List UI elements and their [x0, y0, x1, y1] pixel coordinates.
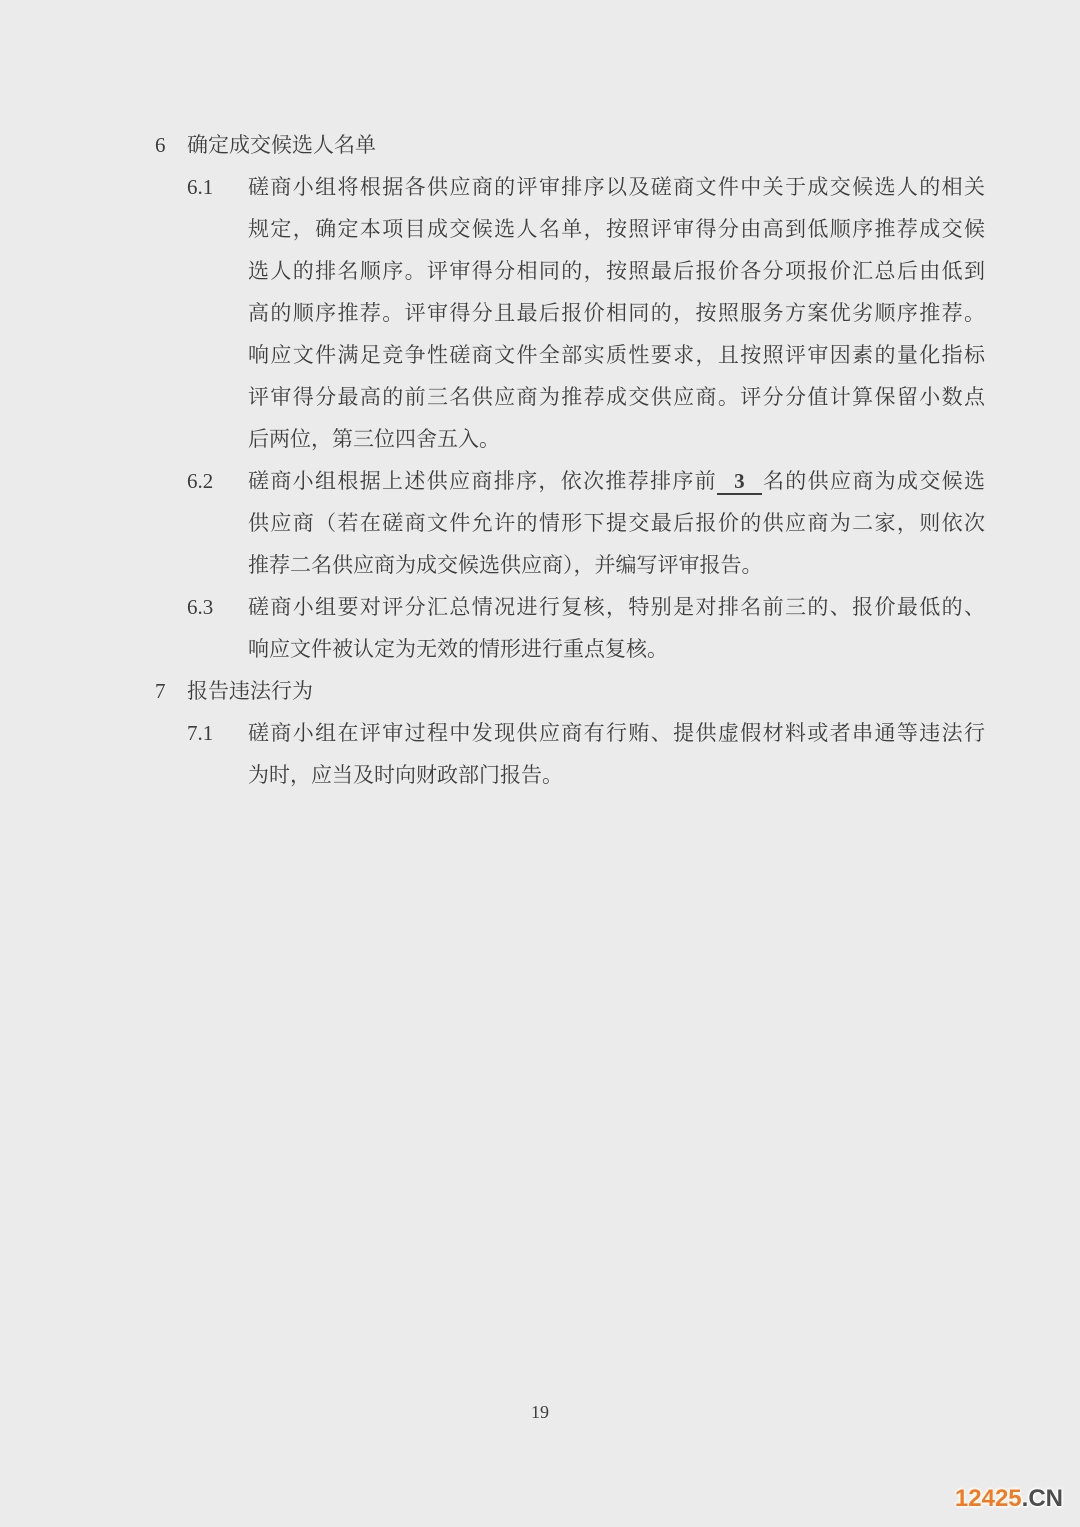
text-line: 高的顺序推荐。评审得分且最后报价相同的，按照服务方案优劣顺序推荐。	[248, 292, 985, 334]
clause-text: 磋商小组在评审过程中发现供应商有行贿、提供虚假材料或者串通等违法行 为时，应当及…	[248, 712, 985, 796]
page-number: 19	[0, 1402, 1080, 1423]
text-line: 选人的排名顺序。评审得分相同的，按照最后报价各分项报价汇总后由低到	[248, 250, 985, 292]
clause-6-1: 6.1 磋商小组将根据各供应商的评审排序以及磋商文件中关于成交候选人的相关 规定…	[187, 166, 1080, 460]
section-number: 7	[155, 670, 187, 712]
section-number: 6	[155, 124, 187, 166]
text-line: 响应文件被认定为无效的情形进行重点复核。	[248, 628, 985, 670]
watermark: 12425.CN	[955, 1485, 1063, 1513]
text-line: 供应商（若在磋商文件允许的情形下提交最后报价的供应商为二家，则依次	[248, 502, 985, 544]
clause-number: 6.3	[187, 586, 248, 628]
section-title: 报告违法行为	[187, 670, 313, 712]
text-line: 推荐二名供应商为成交候选供应商），并编写评审报告。	[248, 544, 985, 586]
watermark-domain-suffix: .CN	[1022, 1485, 1063, 1512]
blank-prefix-text: 磋商小组根据上述供应商排序，依次推荐排序前	[248, 469, 717, 493]
document-body: 6 确定成交候选人名单 6.1 磋商小组将根据各供应商的评审排序以及磋商文件中关…	[0, 124, 1080, 796]
text-line: 响应文件满足竞争性磋商文件全部实质性要求，且按照评审因素的量化指标	[248, 334, 985, 376]
clause-7-1: 7.1 磋商小组在评审过程中发现供应商有行贿、提供虚假材料或者串通等违法行 为时…	[187, 712, 1080, 796]
blank-filled-value: 3	[717, 469, 762, 495]
clause-text: 磋商小组要对评分汇总情况进行复核，特别是对排名前三的、报价最低的、 响应文件被认…	[248, 586, 985, 670]
clause-number: 6.1	[187, 166, 248, 208]
text-line: 评审得分最高的前三名供应商为推荐成交供应商。评分分值计算保留小数点	[248, 376, 985, 418]
document-page: 6 确定成交候选人名单 6.1 磋商小组将根据各供应商的评审排序以及磋商文件中关…	[0, 0, 1080, 1527]
text-line: 规定，确定本项目成交候选人名单，按照评审得分由高到低顺序推荐成交候	[248, 208, 985, 250]
text-line: 后两位，第三位四舍五入。	[248, 418, 985, 460]
blank-suffix-text: 名的供应商为成交候选	[762, 469, 985, 493]
clause-number: 6.2	[187, 460, 248, 502]
clause-6-3: 6.3 磋商小组要对评分汇总情况进行复核，特别是对排名前三的、报价最低的、 响应…	[187, 586, 1080, 670]
clause-text: 磋商小组根据上述供应商排序，依次推荐排序前3名的供应商为成交候选 供应商（若在磋…	[248, 460, 985, 586]
section-7-heading: 7 报告违法行为	[155, 670, 1080, 712]
text-line: 磋商小组在评审过程中发现供应商有行贿、提供虚假材料或者串通等违法行	[248, 712, 985, 754]
text-line: 为时，应当及时向财政部门报告。	[248, 754, 985, 796]
section-title: 确定成交候选人名单	[187, 124, 376, 166]
section-6-heading: 6 确定成交候选人名单	[155, 124, 1080, 166]
text-line-with-blank: 磋商小组根据上述供应商排序，依次推荐排序前3名的供应商为成交候选	[248, 460, 985, 502]
clause-text: 磋商小组将根据各供应商的评审排序以及磋商文件中关于成交候选人的相关 规定，确定本…	[248, 166, 985, 460]
clause-6-2: 6.2 磋商小组根据上述供应商排序，依次推荐排序前3名的供应商为成交候选 供应商…	[187, 460, 1080, 586]
text-line: 磋商小组要对评分汇总情况进行复核，特别是对排名前三的、报价最低的、	[248, 586, 985, 628]
clause-number: 7.1	[187, 712, 248, 754]
text-line: 磋商小组将根据各供应商的评审排序以及磋商文件中关于成交候选人的相关	[248, 166, 985, 208]
watermark-site-number: 12425	[955, 1485, 1022, 1512]
